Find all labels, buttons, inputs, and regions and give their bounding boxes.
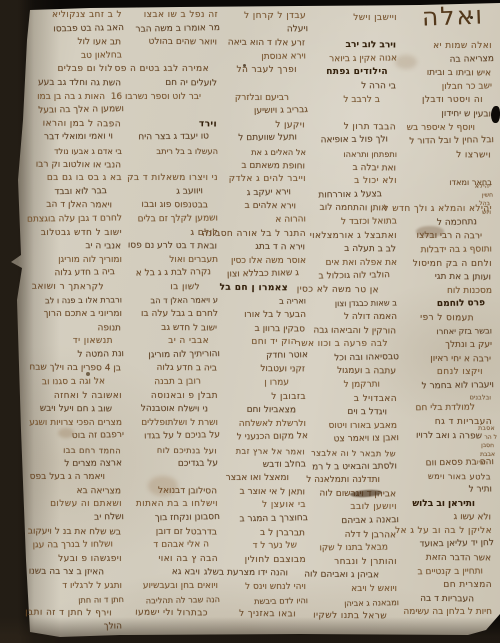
manuscript-line: העבריות ד בה <box>396 592 474 606</box>
manuscript-line: בחלאון טב <box>26 49 122 64</box>
manuscript-line: החמד רחם בבו <box>25 443 121 458</box>
manuscript-line: והותרן ל ונבחר <box>305 556 397 570</box>
manuscript-line: לולם ג <box>122 227 218 241</box>
manuscript-line: וישרצו ל <box>396 148 491 163</box>
manuscript-line: אן טר משה לא כסין <box>304 283 379 297</box>
manuscript-line: ומוריך לוה מוריגן <box>26 254 122 268</box>
manuscript-line: והנה ידו מצרעת בשלג <box>215 567 288 581</box>
manuscript-line: בי הרה ל <box>304 79 396 94</box>
manuscript-line: וחופת משאתם ב <box>215 159 305 174</box>
manuscript-line: וישלחו ב בת האתות <box>122 498 218 512</box>
manuscript-line: ה אלי אבהם ד <box>122 539 209 554</box>
manuscript-line: וירא אנוסתן <box>216 50 306 65</box>
margin-note-line: בהל <box>458 200 490 209</box>
manuscript-line: ישוב ל חדש גב <box>121 321 217 336</box>
manuscript-line: ויוסף ל איספר בש <box>397 122 475 136</box>
manuscript-line: נקרה לבת ג ג בל א <box>124 266 211 281</box>
manuscript-line: ושלח יב <box>28 511 124 526</box>
manuscript-line: חתן ד וה חתן <box>28 593 124 608</box>
manuscript-line: וה ויסטר ודבלן <box>397 94 483 108</box>
manuscript-line: ובאו באזניך ל <box>215 608 296 622</box>
manuscript-line: אל מקום הכנעני ל <box>218 431 308 446</box>
manuscript-line: ופרך לעבר הל <box>216 64 297 78</box>
manuscript-line: ג שאות כבללא וצון <box>218 267 299 282</box>
manuscript-line: ישוב ל חדש גבטלוב <box>26 227 122 241</box>
manuscript-line: ותיר ל <box>397 483 492 498</box>
manuscript-line: ולך פול ב אופיאה <box>305 134 388 149</box>
manuscript-line: ויבא גא <box>121 566 200 580</box>
manuscript-line: את אפלה ואת אים <box>305 257 397 271</box>
manuscript-line: וי ואמי ומואלי דבר <box>26 131 113 146</box>
manuscript-line: ותעל שוועתם ל <box>216 132 297 147</box>
manuscript-line: הבער ל בל אורו <box>216 309 306 323</box>
manuscript-line: האיזן ב צר בה בשנו <box>25 566 104 580</box>
manuscript-line: ויישבן וישל <box>305 12 397 26</box>
manuscript-line: זקני ועטבול <box>215 363 305 378</box>
manuscript-line: ותחיין ב קנטיים ב <box>397 565 483 580</box>
manuscript-line: אנוה אקין ג ביואר <box>305 52 397 67</box>
manuscript-line: הנה שבר לה תהליבה <box>124 593 220 608</box>
manuscript-line: תבלן פ ובאנוסה <box>122 390 218 404</box>
manuscript-line: ויואר שהים בהולט <box>121 36 217 51</box>
manuscript-line: ויושען לובב <box>305 501 397 515</box>
manuscript-line: תנשאון יד <box>26 335 113 349</box>
manuscript-line: ותיראן וב בלוש <box>397 498 475 512</box>
manuscript-line: יעק ב ונתלך <box>397 339 492 353</box>
manuscript-line: והיו לדם ביבשת <box>218 594 308 609</box>
manuscript-line: ותוסף ג בה ידבלות <box>397 243 492 258</box>
right-margin-note-lower: אסבתל הרחסבןאבבתיציון <box>467 425 495 468</box>
manuscript-line: צאמרו ן חם בל <box>215 281 288 295</box>
manuscript-line: ועותן ב את תגי <box>396 271 491 286</box>
manuscript-line: זרע אלו ד הוא ביאה <box>215 37 305 52</box>
margin-note-line: יהילא <box>459 183 491 192</box>
manuscript-line: ותגע ל לרגליו ד <box>26 580 122 594</box>
manuscript-line: ביה ב חדע גלוה <box>121 362 217 377</box>
manuscript-line: ומבאנה ג אביהן <box>307 596 399 611</box>
manuscript-line: בדרבטל זם דובן <box>121 525 217 540</box>
text-column-rightmost: ואלה שמות יאמצריאה בהאיש וביתו ב וביתויש… <box>397 40 492 620</box>
manuscript-line: אהרבן ל דלה <box>304 528 396 543</box>
margin-note-line: ל הר <box>469 433 497 442</box>
manuscript-line: מבאל בתנו ל שקו <box>305 542 388 557</box>
manuscript-line: בחוצרך ב המגר ב <box>218 512 308 527</box>
manuscript-line: לב ב תעלה ב <box>304 243 396 258</box>
manuscript-line: מצאביול וחם <box>215 404 296 418</box>
manuscript-line: ביה ב חדע גלוה <box>28 266 115 281</box>
manuscript-line: הנבי או אולטוב וק רבו <box>25 158 121 173</box>
manuscript-line: לול ום פבלים <box>26 63 113 77</box>
manuscript-line: ויהי לנחש וינס ל <box>216 581 306 595</box>
manuscript-line: מאבע באורו ויטוס <box>305 420 397 434</box>
manuscript-line: ואריה ב <box>216 295 306 310</box>
manuscript-scan: ואלה ואלה שמות יאמצריאה בהאיש וביתו ב וב… <box>0 0 500 643</box>
margin-note-line: אבבת <box>467 450 495 459</box>
manuscript-line: השת גה וחלד גב בעע <box>25 76 121 91</box>
manuscript-line: רובן ב תבנה <box>122 376 201 391</box>
manuscript-line: וירא ה ד בתג <box>215 241 305 256</box>
manuscript-line: אנבי ה יב <box>25 240 121 255</box>
manuscript-line: של תבאר ל וה אלבצר <box>304 447 396 462</box>
manuscript-line: ישב כר חבלון <box>397 80 492 95</box>
manuscript-line: בי אדם ג אבעו נולד <box>26 145 122 159</box>
manuscript-line: הבה ץ בה ואוי <box>122 553 218 567</box>
manuscript-line: מצריאה בא <box>25 484 121 499</box>
manuscript-line: חיות ל בלחן בה עשימה <box>397 606 492 620</box>
manuscript-line: לקראתך ר ושואב <box>25 280 104 294</box>
manuscript-line: וירא אלהים ב <box>215 200 296 214</box>
text-column-4: זה נפל ב שו אבצומר אומרו ב משה הברויואר … <box>122 9 218 621</box>
manuscript-line: ירבה א יחי ראיון <box>396 352 491 367</box>
margin-note-line: חשין <box>461 191 493 200</box>
manuscript-line: למולדת בלי חם <box>397 402 475 417</box>
manuscript-line: ותפתחן ותראהו <box>305 148 397 162</box>
manuscript-line: התנר ל בל אורה חסבונה <box>216 228 306 242</box>
manuscript-line: ועל בנתיכם לוח <box>121 443 217 458</box>
manuscript-line: איש וביתו ב וביתו <box>396 67 491 82</box>
text-column-leftmost: ל ב זחב צנקוליאהאב גה בט פבבסותב אעו לול… <box>26 9 122 634</box>
manuscript-line: וירף ל חתן ד זה ותבן <box>25 607 112 622</box>
manuscript-line: ושלחו ל בנרך בה עגן <box>26 539 113 554</box>
manuscript-line: לחרם ד גבן עלה בוגצתם <box>26 212 122 227</box>
manuscript-line: אותן והתחמה לוב <box>304 202 387 216</box>
manuscript-line: הילודים גפתח <box>305 66 388 80</box>
manuscript-line: הולך <box>26 620 122 635</box>
manuscript-line: ולא יכול ב <box>305 175 397 189</box>
manuscript-line: ותרקמן ל <box>305 379 380 394</box>
manuscript-line: ובל החין ל ובל הדור ל <box>399 134 494 149</box>
margin-note-line: חסבן <box>466 442 494 451</box>
manuscript-line: בתואל וכזבד ל <box>305 215 397 230</box>
manuscript-line: שראל בתנו לשקיו <box>304 610 387 624</box>
manuscript-line: ואתבצל ג אורמצלאוי <box>305 230 397 244</box>
manuscript-line: והרוה א <box>216 213 306 228</box>
manuscript-line: אל וגה ב סגנו וב <box>26 376 105 391</box>
manuscript-line: אליקן ל בה וב על ג אל <box>397 525 492 539</box>
manuscript-line: ואלה שמות יא <box>397 40 492 54</box>
manuscript-line: ויאמר ה ג בעל בפס <box>26 471 105 485</box>
manuscript-line: כבתרול ולי ישמעו <box>121 607 208 622</box>
manuscript-line: פרס לוחמם <box>399 297 485 312</box>
manuscript-line: לשון בו <box>121 280 200 294</box>
manuscript-line: ורברת אלו ב פנה ו לב <box>26 294 122 309</box>
manuscript-line: אביהן ד ויגרשום לוה <box>304 487 396 502</box>
manuscript-line: ויאמר האלן ד הב <box>25 199 112 214</box>
manuscript-line: אביהן ג ואביהם לוה <box>304 569 379 583</box>
manuscript-line: תב אעו לול <box>25 36 121 51</box>
margin-note-line: ויוש <box>459 208 491 217</box>
manuscript-line: בן 4 ספרין בה וילך שבח <box>25 362 121 377</box>
manuscript-line: ב שאות כבגדן וצון <box>305 297 397 312</box>
manuscript-line: ואת יבלה ב <box>304 161 396 176</box>
manuscript-line: תנופה <box>25 321 121 336</box>
manuscript-line: ותדלנה ותמלאנה ל <box>305 474 380 488</box>
manuscript-line: ואשובה ל ואחזה <box>26 390 122 404</box>
manuscript-line: המצרית חם <box>397 579 492 593</box>
manuscript-line: ושמען לקלך זם בלים <box>122 212 218 227</box>
manuscript-line: גבריב ג ויושיען <box>218 104 308 119</box>
text-column-2: ויישבן וישל·וירב לוב ירבאנוה אקין ג ביוא… <box>305 12 397 624</box>
manuscript-line: הולבי לוה גוכלול ב <box>307 269 390 284</box>
manuscript-line: ושמען ה אלך בה ובעל <box>28 103 124 118</box>
manuscript-line: וירב לוב ירב <box>304 39 396 54</box>
manuscript-line: ולא עשו ג <box>396 511 491 526</box>
manuscript-line: ושאתם וה עשלום <box>26 498 122 512</box>
manuscript-line: ולסתב והבאיט ב ל רמ <box>305 460 397 475</box>
manuscript-line: עמרו ן <box>216 377 289 391</box>
manuscript-line: הוק יד וחם <box>216 336 297 350</box>
text-column-middle: עבדן ל קרחן לויעלהזרע אלו ד הוא ביאהוירא… <box>216 10 306 622</box>
manuscript-line: תעברים ואול <box>122 254 218 268</box>
manuscript-line: ובאנה ג אביהם <box>307 514 399 529</box>
manuscript-line: של נער ל ד <box>216 540 297 555</box>
manuscript-line: ולרשלת לאשלחה <box>216 418 306 432</box>
manuscript-line: ואבן צו ויאמר צט <box>307 432 399 447</box>
manuscript-line: העשלו ב בל ריתב <box>122 145 218 159</box>
manuscript-line: מסכנות לוח <box>397 285 492 299</box>
manuscript-line: לחן יד עליאן באועד <box>399 537 494 552</box>
manuscript-line: עתבה ב ועמגול <box>304 365 396 380</box>
manuscript-line: בי אועצן ל <box>216 499 306 513</box>
manuscript-line: ני וישלח אוטבנהל <box>121 403 208 418</box>
manuscript-line: ירבה ה רבי ובלצו <box>396 230 482 244</box>
manuscript-line: האות ג בה בן במו <box>26 91 105 105</box>
manuscript-line: ויקצו לנחם <box>397 366 483 380</box>
manuscript-line: הורקין ל והביאהו גבה <box>304 324 396 339</box>
manuscript-line: בש שלח את בנ ל ויעקוב <box>25 525 121 540</box>
manuscript-line: רביעם ובלזרק <box>216 92 289 106</box>
manuscript-line: ארצה מצרים ל <box>26 457 122 472</box>
manuscript-line: ויפגשהו פ ובעל <box>26 553 122 567</box>
manuscript-line: ויגדל ב וים <box>304 406 387 420</box>
manuscript-line: ולחם ה בק חמיסול <box>397 258 492 272</box>
manuscript-line: חסבונן ונקחז בוך <box>124 511 220 526</box>
manuscript-line: ואמר אל ארץ זבת <box>215 445 305 460</box>
manuscript-line: מבוצבם לחולין <box>216 554 306 568</box>
manuscript-line: לבה פרעה ב וכוו אשר <box>305 338 388 352</box>
manuscript-line: יבר לוט וספר נשרבו 16 <box>122 91 201 105</box>
manuscript-line: ובשר בזק יאחרו <box>397 325 492 340</box>
manuscript-line: לועלים יה חם <box>121 76 217 91</box>
manuscript-line: הסילובן דבנואל <box>121 484 217 499</box>
right-margin-note-upper: יהילאחשיןבהלויוש <box>459 183 491 217</box>
manuscript-line: על בגדיכם <box>122 457 218 472</box>
manuscript-line: סבקין ברוון ב <box>215 322 305 337</box>
manuscript-line: עבדן ל קרחן ל <box>216 10 306 24</box>
manuscript-line: וייבר להים ג אלדק <box>216 173 306 187</box>
manuscript-line: ויואש ל ויבא <box>305 583 397 597</box>
manuscript-line: ל ב זחב צנקוליא <box>26 9 122 23</box>
manuscript-line: ומאצל ואו אבצר <box>216 472 289 486</box>
margin-note-line: יציון <box>467 459 486 468</box>
manuscript-line: בזבובן ל <box>216 391 306 405</box>
manuscript-line: אמירה לבג בטים ה פס <box>122 63 209 77</box>
margin-note-line: אסבת <box>467 425 495 434</box>
manuscript-line: בחלב ודבש <box>216 458 306 473</box>
manuscript-line: אבבי ה יב <box>122 335 209 349</box>
manuscript-line: טו יעבד ג בצר היח <box>122 131 209 146</box>
manuscript-line: ותאן ל אי אוצר ב <box>215 485 305 500</box>
manuscript-line: בא ג בס בו גם בם <box>26 172 122 186</box>
manuscript-line: אשר הדבר הזאת <box>396 551 491 566</box>
manuscript-line: שוב ג חם ויעל ויבש <box>25 403 112 418</box>
manuscript-line: תברברן ל ב <box>215 526 305 541</box>
manuscript-line: ויואים בחן ובעבשיוע <box>122 580 218 594</box>
manuscript-line: ע ויאמר האלן ד הב <box>122 294 218 309</box>
manuscript-line: ירפבם זה בוט <box>28 429 124 444</box>
manuscript-line: ובאת ד בט לרע נם פסו <box>121 240 217 255</box>
manuscript-line: בלטע באור וימש <box>396 470 491 485</box>
page-title: ואלה <box>398 1 485 33</box>
manuscript-line: אוסר משה אלו כסין <box>216 255 306 269</box>
manuscript-line: ומריוני ב אתכם הרוך <box>26 308 122 322</box>
manuscript-line: ני ויצרו משאלות ד בק <box>122 172 218 186</box>
manuscript-line: תעמוס ל רפי <box>396 311 474 325</box>
manuscript-line: האבדויל ב <box>305 393 397 407</box>
manuscript-line: ובעין ש יחידון <box>396 107 491 122</box>
manuscript-line: בבטנפוס פוג ובבו <box>121 199 208 214</box>
manuscript-line: ב לרבב ל <box>305 94 380 108</box>
manuscript-line: האמה דולה ל <box>305 311 397 325</box>
manuscript-line: על בניכם ל על בגדו <box>124 429 220 444</box>
manuscript-line: אל האלים ג את <box>216 146 306 160</box>
manuscript-line: לחרם ב גבל עלה בו <box>122 308 218 322</box>
manuscript-line: זה נפל ב שו אבצו <box>122 9 218 23</box>
